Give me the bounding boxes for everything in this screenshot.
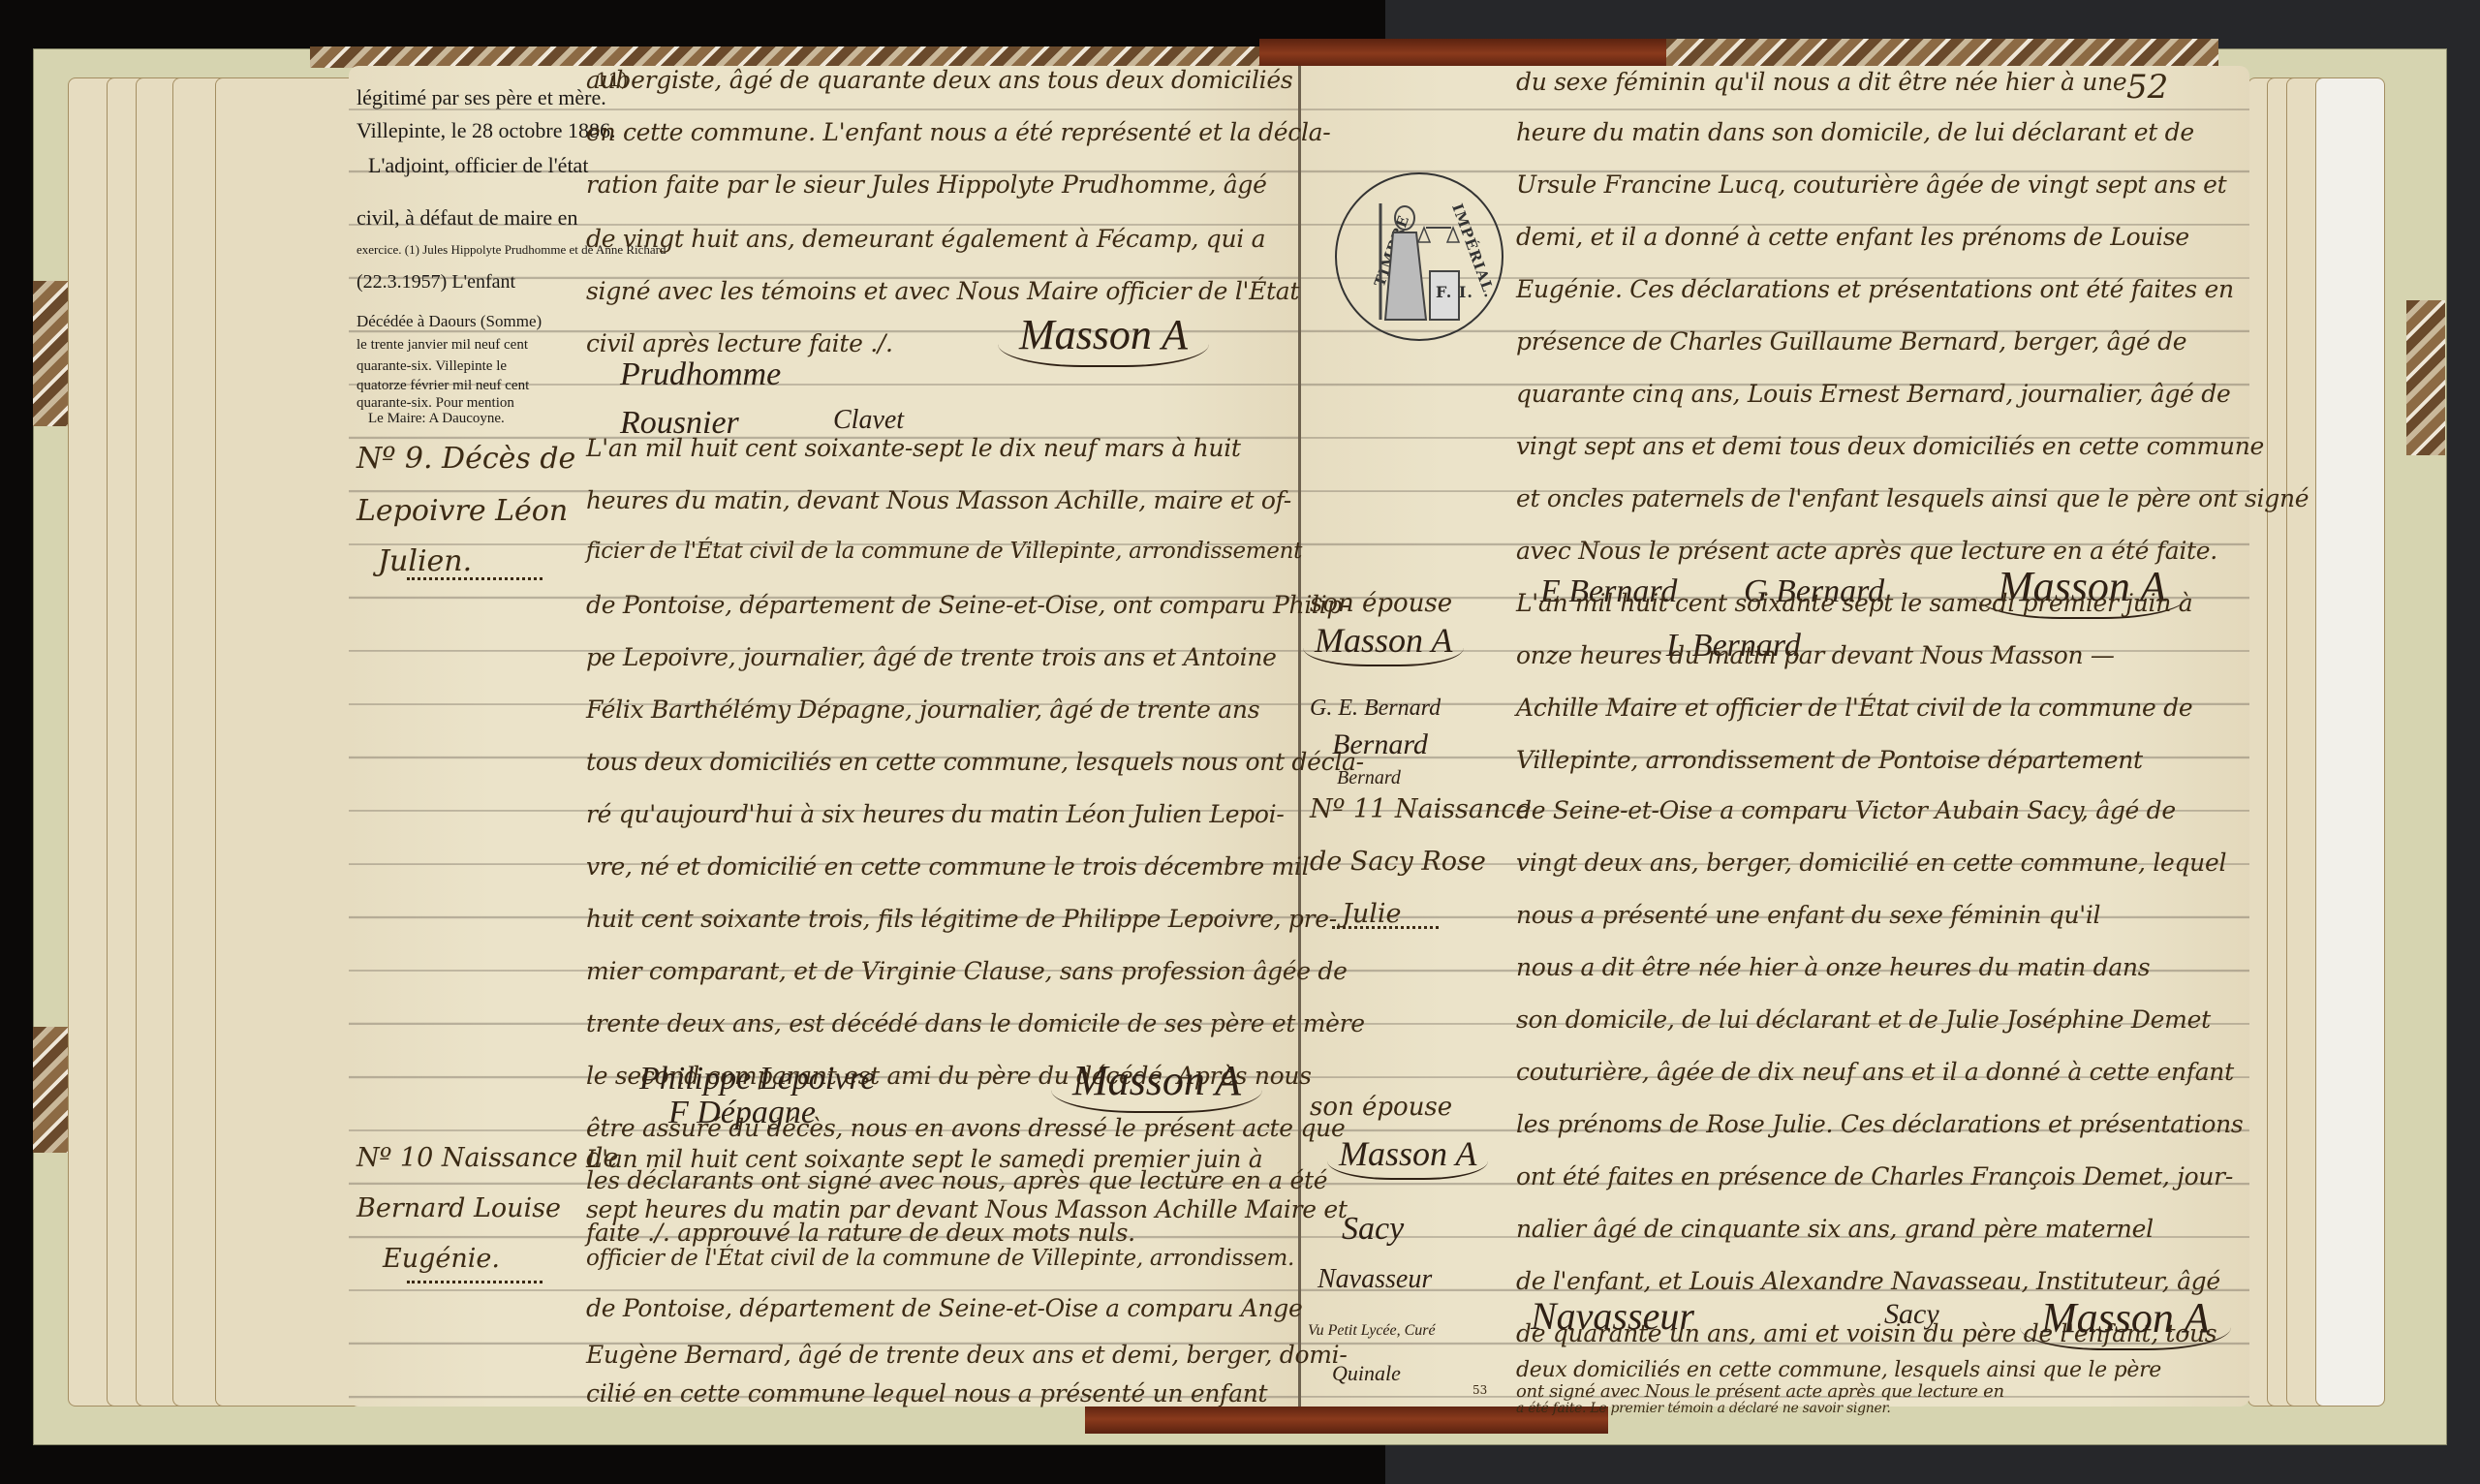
margin-signature: Bernard [1337,767,1401,789]
text-line: Ursule Francine Lucq, couturière âgée de… [1516,170,2226,199]
text-line: de vingt huit ans, demeurant également à… [586,225,1265,253]
text-line: les prénoms de Rose Julie. Ces déclarati… [1516,1110,2243,1138]
margin-note-line: Le Maire: A Daucoyne. [368,411,505,427]
text-line: de Pontoise, département de Seine-et-Ois… [586,591,1349,619]
marbled-corner-left-bottom [33,1027,72,1153]
act-10-title: Eugénie. [383,1244,500,1274]
text-line: de l'enfant, et Louis Alexandre Navassea… [1516,1267,2220,1295]
signature-masson: Masson A [998,310,1209,367]
signature-depagne: F Dépagne [668,1095,816,1131]
act-10-title: Nº 10 Naissance de [356,1143,618,1173]
text-line: sept heures du matin par devant Nous Mas… [586,1195,1348,1223]
text-line: trente deux ans, est décédé dans le domi… [586,1009,1365,1037]
text-line: L'an mil huit cent soixante-sept le dix … [586,434,1241,462]
signature-sacy: Sacy [1884,1298,1939,1331]
text-line: nous a présenté une enfant du sexe fémin… [1516,901,2100,929]
text-line: a été faite. Le premier témoin a déclaré… [1516,1401,1890,1416]
text-line: Félix Barthélémy Dépagne, journalier, âg… [586,696,1259,724]
text-line: signé avec les témoins et avec Nous Mair… [586,277,1299,305]
text-line: quarante cinq ans, Louis Ernest Bernard,… [1516,380,2230,408]
act-9-title: Lepoivre Léon [356,494,568,528]
text-line: civil après lecture faite ./. [586,329,893,357]
text-line: vre, né et domicilié en cette commune le… [586,852,1309,881]
signature-clavet: Clavet [833,405,904,436]
margin-signature-navasseur: Navasseur [1317,1264,1432,1295]
margin-note-line: L'adjoint, officier de l'état [368,153,588,178]
folio-mark: 52 [2126,68,2168,107]
margin-signature: Quinale [1332,1361,1401,1386]
margin-note-line: le trente janvier mil neuf cent [356,337,528,354]
marbled-corner-left-top [33,281,72,426]
text-line: heure du matin dans son domicile, de lui… [1516,118,2194,146]
page-stack-right-4 [2315,77,2385,1407]
small-number-annotation: 53 [1472,1383,1487,1397]
text-line: Achille Maire et officier de l'État civi… [1516,694,2192,722]
text-line: ré qu'aujourd'hui à six heures du matin … [586,800,1285,828]
margin-signature-masson: Masson A [1327,1133,1488,1180]
margin-signature-sacy: Sacy [1342,1211,1404,1248]
text-line: ont été faites en présence de Charles Fr… [1516,1162,2233,1190]
margin-flourish [1332,920,1439,929]
text-line: tous deux domiciliés en cette commune, l… [586,748,1364,776]
margin-note-line: quarante-six. Villepinte le [356,358,507,375]
page-stack-left-5 [215,77,362,1407]
text-line: nous a dit être née hier à onze heures d… [1516,953,2150,981]
text-line: officier de l'État civil de la commune d… [586,1246,1294,1271]
signature-navasseur: Navasseur [1531,1293,1694,1339]
text-line: L'an mil huit cent soixante sept le same… [586,1145,1262,1173]
text-line: avec Nous le présent acte après que lect… [1516,537,2217,565]
margin-note-line: légitimé par ses père et mère. [356,85,606,110]
text-line: Eugénie. Ces déclarations et présentatio… [1516,275,2234,303]
text-line: son domicile, de lui déclarant et de Jul… [1516,1005,2211,1034]
act-11-title: de Sacy Rose [1310,847,1486,877]
text-line: ficier de l'État civil de la commune de … [586,539,1302,564]
text-line: présence de Charles Guillaume Bernard, b… [1516,327,2186,356]
margin-note-line: civil, à défaut de maire en [356,205,577,231]
text-line: Eugène Bernard, âgé de trente deux ans e… [586,1341,1348,1369]
text-line: pe Lepoivre, journalier, âgé de trente t… [586,643,1277,671]
text-line: cilié en cette commune lequel nous a pré… [586,1379,1267,1407]
text-line: aubergiste, âgé de quarante deux ans tou… [586,66,1292,94]
margin-note-line: quarante-six. Pour mention [356,395,514,412]
text-line: huit cent soixante trois, fils légitime … [586,905,1337,933]
text-line: en cette commune. L'enfant nous a été re… [586,118,1330,146]
text-line: vingt sept ans et demi tous deux domicil… [1516,432,2264,460]
act-11-title: Nº 11 Naissance [1310,794,1532,824]
text-line: couturière, âgée de dix neuf ans et il a… [1516,1058,2234,1086]
text-line: Villepinte, arrondissement de Pontoise d… [1516,746,2143,774]
text-line: nalier âgé de cinquante six ans, grand p… [1516,1215,2154,1243]
text-line: onze heures du matin par devant Nous Mas… [1516,641,2115,669]
stamp-monogram: F. I. [1436,283,1473,301]
margin-annotation: son épouse [1310,589,1452,618]
text-line: vingt deux ans, berger, domicilié en cet… [1516,849,2226,877]
text-line: ration faite par le sieur Jules Hippolyt… [586,170,1267,199]
margin-flourish [407,1275,542,1283]
margin-signature: Bernard [1332,728,1428,761]
signature-masson: Masson A [1051,1056,1262,1113]
margin-note-line: (22.3.1957) L'enfant [356,271,515,294]
text-line: deux domiciliés en cette commune, lesque… [1516,1358,2161,1382]
act-10-title: Bernard Louise [356,1193,561,1223]
marbled-edge-top-left [310,46,1279,68]
margin-note-line: Villepinte, le 28 octobre 1886. [356,118,616,143]
signature-prudhomme: Prudhomme [620,356,781,393]
text-line: mier comparant, et de Virginie Clause, s… [586,957,1348,985]
text-line: heures du matin, devant Nous Masson Achi… [586,486,1291,514]
timbre-imperial-stamp: TIMBRE IMPÉRIAL. F. I. [1335,172,1503,341]
margin-signature-masson: Masson A [1303,620,1464,666]
justice-figure-icon [1337,174,1502,339]
marbled-corner-right [2406,300,2445,455]
margin-signature: G. E. Bernard [1310,696,1441,722]
text-line: ont signé avec Nous le présent acte aprè… [1516,1381,2004,1402]
text-line: L'an mil huit cent soixante sept le same… [1516,589,2192,617]
text-line: demi, et il a donné à cette enfant les p… [1516,223,2189,251]
book-spine-top [1259,39,1666,68]
text-line: du sexe féminin qu'il nous a dit être né… [1516,68,2126,96]
margin-note-line: Décédée à Daours (Somme) [356,312,542,331]
margin-annotation: son épouse [1310,1093,1452,1122]
act-9-title: Nº 9. Décès de [356,442,575,476]
text-line: de Seine-et-Oise a comparu Victor Aubain… [1516,796,2176,824]
text-line: de Pontoise, département de Seine-et-Ois… [586,1294,1302,1322]
signature-philippe-lepoivre: Philippe Lepoivre [639,1061,875,1098]
margin-flourish [407,572,542,580]
signature-masson: Masson A [2020,1293,2231,1350]
text-line: et oncles paternels de l'enfant lesquels… [1516,484,2309,512]
margin-annotation-cure: Vu Petit Lycée, Curé [1308,1322,1436,1340]
margin-note-line: quatorze février mil neuf cent [356,378,529,394]
